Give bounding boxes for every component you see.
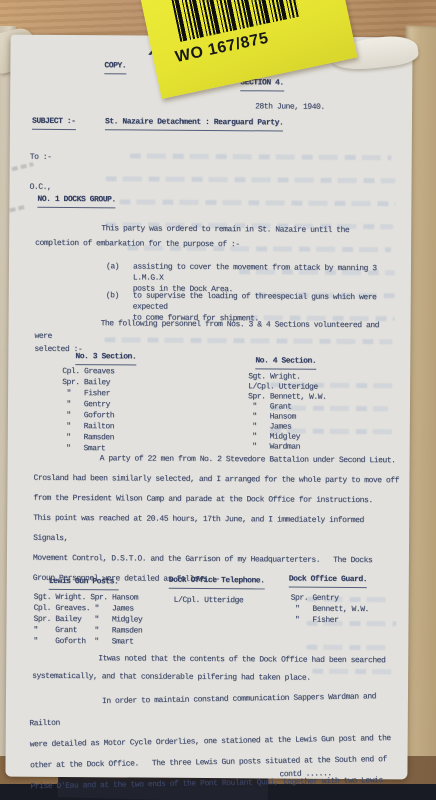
item-b-label: (b): [106, 290, 119, 301]
subject-title: St. Nazaire Detachment : Rearguard Party…: [105, 115, 283, 131]
posts-header-lewis: Lewis Gun Posts.: [49, 575, 119, 590]
posts-col-telephone-list: L/Cpl. Utteridge: [174, 595, 244, 606]
para-intro: This party was ordered to remain in St. …: [35, 221, 391, 253]
document-photo: COPY. APPENDIX III SECTION 4. 28th June,…: [0, 0, 436, 800]
subject-label: SUBJECT :-: [32, 115, 76, 130]
para-party: A party of 22 men from No. 2 Stevedore B…: [33, 449, 400, 592]
pencil-margin-mark: [9, 205, 25, 213]
addressee-unit: NO. 1 DOCKS GROUP.: [37, 193, 115, 209]
posts-header-telephone: Dock Office Telephone.: [169, 574, 265, 590]
bleedthrough-line: [106, 176, 396, 183]
document-page: COPY. APPENDIX III SECTION 4. 28th June,…: [5, 35, 412, 780]
para-orderlies: In order to maintain constand communicat…: [29, 686, 403, 797]
bleedthrough-line: [130, 153, 392, 160]
copy-label: COPY.: [104, 59, 126, 74]
bleedthrough-line: [306, 645, 390, 651]
section3-list: Cpl. Greaves Spr. Bailey " Fisher " Gent…: [62, 366, 115, 454]
item-a-label: (a): [106, 261, 119, 272]
para-pilfering: Itwas noted that the contents of the Doc…: [32, 650, 392, 689]
section4-list: Sgt. Wright. L/Cpl. Utteridge Spr. Benne…: [248, 372, 327, 453]
section3-header: No. 3 Section.: [75, 350, 136, 365]
posts-header-guard: Dock Office Guard.: [289, 573, 367, 589]
to-label: To :-: [30, 151, 52, 164]
section4-header: No. 4 Section.: [255, 354, 316, 369]
contd-label: contd ......: [279, 767, 331, 781]
posts-col-lewis-list: Sgt. Wright. Spr. Hansom Cpl. Greaves. "…: [33, 592, 142, 648]
date-line: 28th June, 1940.: [255, 100, 325, 113]
posts-col-guard-list: Spr. Gentry " Bennett, W.W. " Fisher: [290, 593, 369, 627]
bleedthrough-line: [119, 199, 395, 206]
